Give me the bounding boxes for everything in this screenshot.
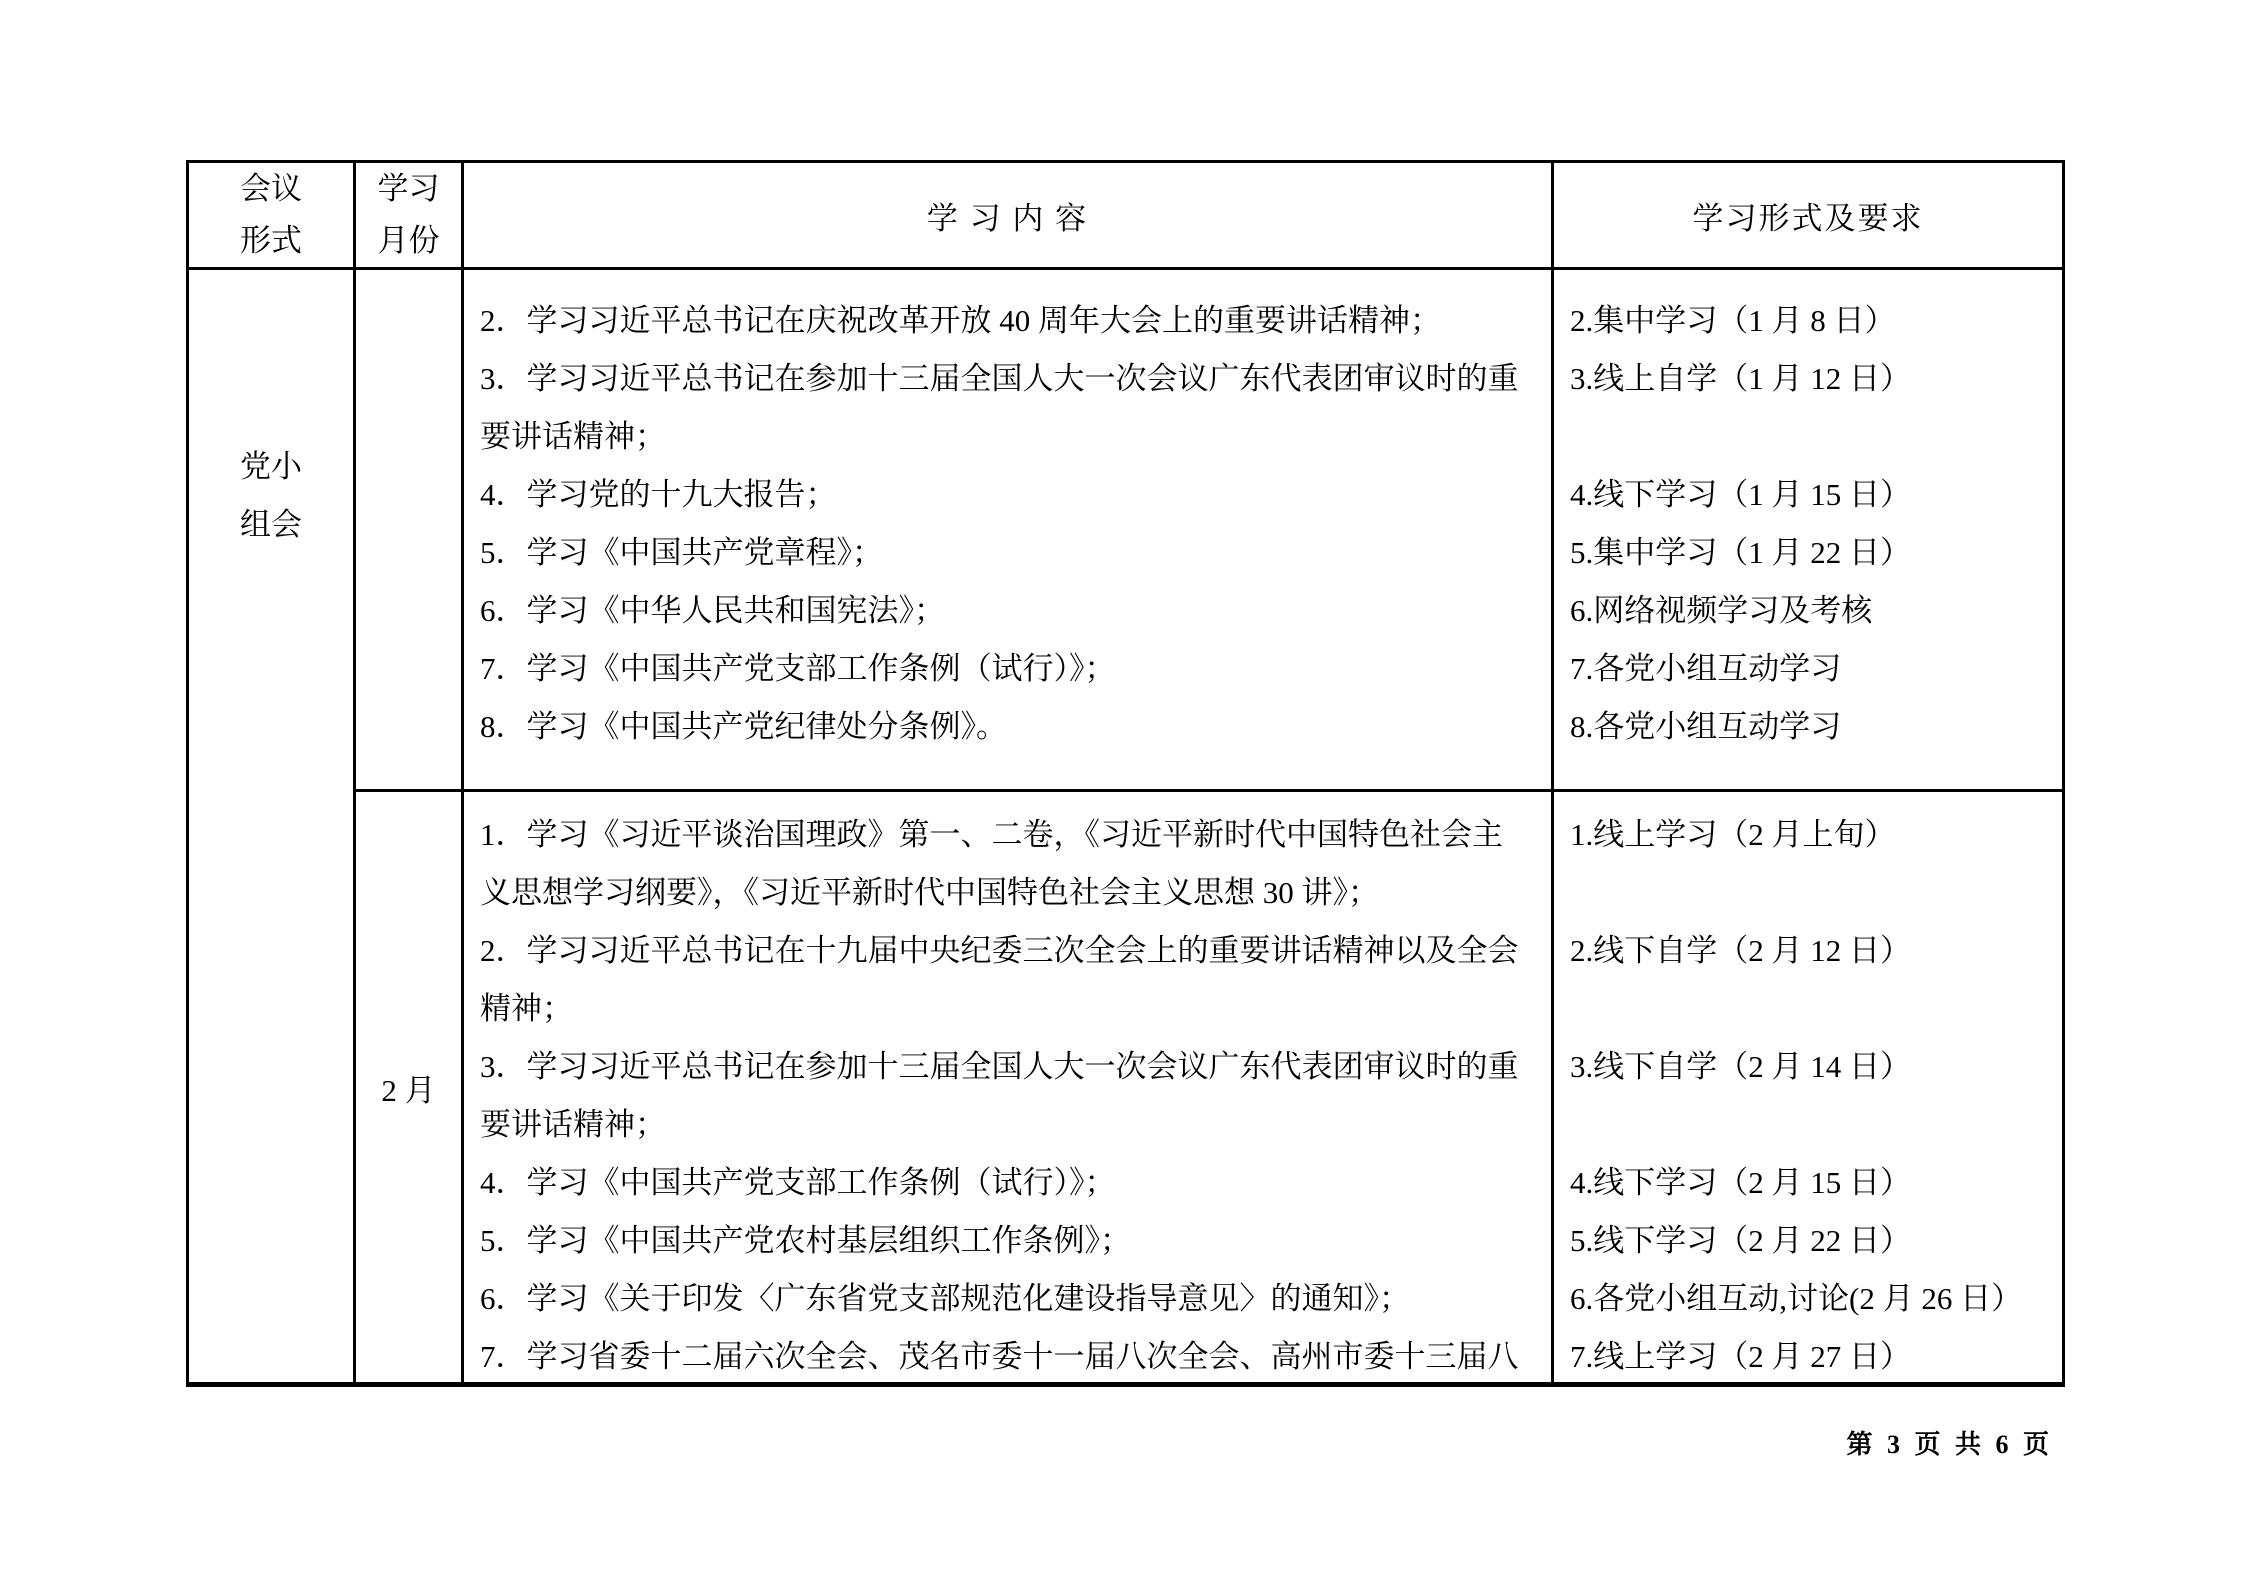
text-line: 3．学习习近平总书记在参加十三届全国人大一次会议广东代表团审议时的重 [480, 1038, 1539, 1096]
text-line: 1.线上学习（2 月上旬） [1570, 806, 2050, 864]
text-line: 6．学习《中华人民共和国宪法》； [480, 582, 1539, 640]
text-line: 2.集中学习（1 月 8 日） [1570, 292, 2050, 350]
text-line: 2．学习习近平总书记在庆祝改革开放 40 周年大会上的重要讲话精神； [480, 292, 1539, 350]
text-line: 3.线上自学（1 月 12 日） [1570, 350, 2050, 408]
text-line: 6．学习《关于印发〈广东省党支部规范化建设指导意见〉的通知》； [480, 1270, 1539, 1328]
text-line: 2.线下自学（2 月 12 日） [1570, 922, 2050, 980]
text-line: 组会 [189, 496, 353, 554]
month-cell-row1 [356, 270, 464, 792]
text-line: 4.线下学习（2 月 15 日） [1570, 1154, 2050, 1212]
text-line: 7.各党小组互动学习 [1570, 640, 2050, 698]
text-line: 形式 [240, 215, 302, 267]
text-line: 2．学习习近平总书记在十九届中央纪委三次全会上的重要讲话精神以及全会 [480, 922, 1539, 980]
text-line: 学习 [378, 163, 440, 215]
text-line: 7．学习省委十二届六次全会、茂名市委十一届八次全会、高州市委十三届八 [480, 1328, 1539, 1382]
header-meeting-form: 会议形式 [189, 163, 356, 270]
study-content-row1: 2．学习习近平总书记在庆祝改革开放 40 周年大会上的重要讲话精神；3．学习习近… [464, 270, 1554, 792]
text-line: 会议 [240, 163, 302, 215]
text-line: 5.线下学习（2 月 22 日） [1570, 1212, 2050, 1270]
text-line [1570, 864, 2050, 922]
header-study-content: 学 习 内 容 [464, 163, 1554, 270]
text-line: 党小 [189, 438, 353, 496]
text-line: 6.网络视频学习及考核 [1570, 582, 2050, 640]
text-line [1570, 980, 2050, 1038]
text-line: 1．学习《习近平谈治国理政》第一、二卷，《习近平新时代中国特色社会主 [480, 806, 1539, 864]
study-requirements-row2: 1.线上学习（2 月上旬） 2.线下自学（2 月 12 日） 3.线下自学（2 … [1554, 792, 2062, 1382]
text-line: 8.各党小组互动学习 [1570, 698, 2050, 756]
text-line: 7．学习《中国共产党支部工作条例（试行）》； [480, 640, 1539, 698]
text-line: 精神； [480, 980, 1539, 1038]
text-line [1570, 408, 2050, 466]
text-line: 月份 [378, 215, 440, 267]
month-cell-row2: 2 月 [356, 792, 464, 1382]
text-line: 8．学习《中国共产党纪律处分条例》。 [480, 698, 1539, 756]
study-content-row2: 1．学习《习近平谈治国理政》第一、二卷，《习近平新时代中国特色社会主义思想学习纲… [464, 792, 1554, 1382]
text-line: 6.各党小组互动,讨论(2 月 26 日） [1570, 1270, 2050, 1328]
text-line [1570, 1096, 2050, 1154]
meeting-type-cell: 党小组会 [189, 270, 356, 1382]
text-line: 5．学习《中国共产党农村基层组织工作条例》； [480, 1212, 1539, 1270]
text-line: 4．学习《中国共产党支部工作条例（试行）》； [480, 1154, 1539, 1212]
text-line: 5．学习《中国共产党章程》； [480, 524, 1539, 582]
text-line: 4.线下学习（1 月 15 日） [1570, 466, 2050, 524]
text-line: 7.线上学习（2 月 27 日） [1570, 1328, 2050, 1382]
header-study-month: 学习月份 [356, 163, 464, 270]
study-requirements-row1: 2.集中学习（1 月 8 日）3.线上自学（1 月 12 日） 4.线下学习（1… [1554, 270, 2062, 792]
text-line: 3．学习习近平总书记在参加十三届全国人大一次会议广东代表团审议时的重 [480, 350, 1539, 408]
text-line: 义思想学习纲要》，《习近平新时代中国特色社会主义思想 30 讲》； [480, 864, 1539, 922]
text-line: 4．学习党的十九大报告； [480, 466, 1539, 524]
text-line: 要讲话精神； [480, 408, 1539, 466]
text-line: 要讲话精神； [480, 1096, 1539, 1154]
page-number: 第 3 页 共 6 页 [1846, 1424, 2053, 1461]
text-line: 5.集中学习（1 月 22 日） [1570, 524, 2050, 582]
study-schedule-table: 会议形式 学习月份 学 习 内 容 学习形式及要求 党小组会 2．学习习近平总书… [186, 160, 2065, 1387]
header-study-form-requirements: 学习形式及要求 [1554, 163, 2062, 270]
text-line: 3.线下自学（2 月 14 日） [1570, 1038, 2050, 1096]
